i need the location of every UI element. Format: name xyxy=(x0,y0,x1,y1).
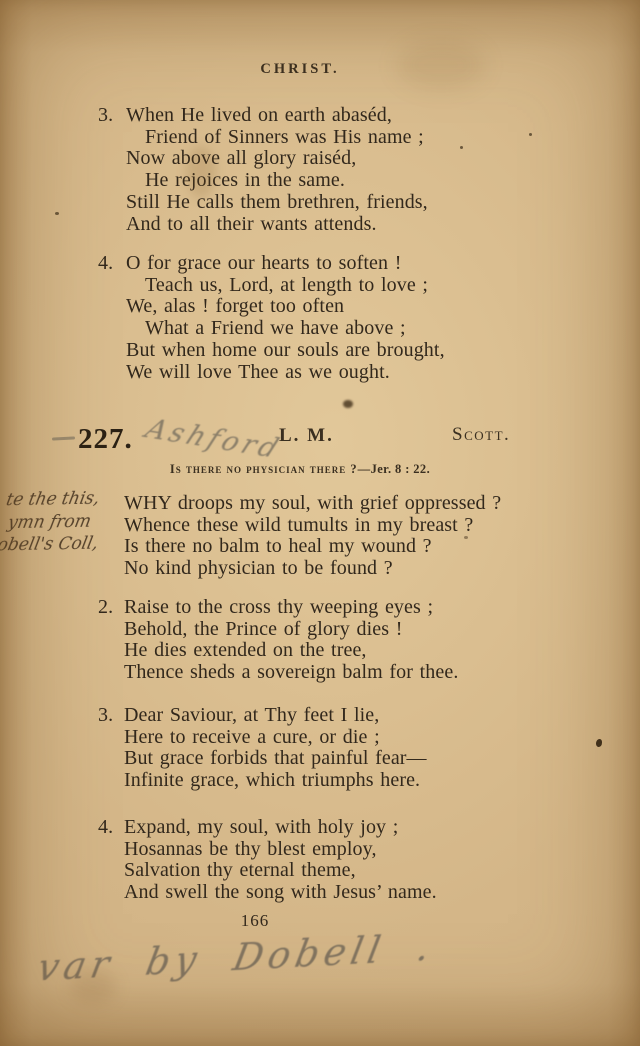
stanza-number: 3. xyxy=(98,705,113,727)
hymn-author-label: Scott. xyxy=(452,424,510,446)
verse-line: What a Friend we have above ; xyxy=(126,318,445,340)
stanza-prev-4: 4. O for grace our hearts to soften ! Te… xyxy=(98,253,445,383)
verse-line: Here to receive a cure, or die ; xyxy=(124,727,427,749)
stanza-lines: When He lived on earth abaséd, Friend of… xyxy=(126,105,428,235)
verse-line: When He lived on earth abaséd, xyxy=(126,105,428,127)
verse-line: O for grace our hearts to soften ! xyxy=(126,253,445,275)
verse-line: Expand, my soul, with holy joy ; xyxy=(124,817,437,839)
verse-line: Now above all glory raiséd, xyxy=(126,148,428,170)
verse-line: No kind physician to be found ? xyxy=(124,558,501,580)
verse-line: Infinite grace, which triumphs here. xyxy=(124,770,427,792)
verse-line: Hosannas be thy blest employ, xyxy=(124,839,437,861)
stanza-227-3: 3. Dear Saviour, at Thy feet I lie, Here… xyxy=(98,705,427,792)
hymn-number: 227. xyxy=(78,423,133,456)
ink-speck xyxy=(55,212,59,215)
verse-line: Behold, the Prince of glory dies ! xyxy=(124,619,458,641)
scripture-quote: Is there no physician there ? xyxy=(170,462,358,476)
verse-line: Is there no balm to heal my wound ? xyxy=(124,536,501,558)
verse-line: He rejoices in the same. xyxy=(126,170,428,192)
verse-line: WHY droops my soul, with grief oppressed… xyxy=(124,493,501,515)
verse-line: Raise to the cross thy weeping eyes ; xyxy=(124,597,458,619)
verse-line: But grace forbids that painful fear— xyxy=(124,748,427,770)
handwritten-tune-name: Ashford xyxy=(141,414,287,465)
paper-stain xyxy=(343,400,353,408)
verse-line: Salvation thy eternal theme, xyxy=(124,860,437,882)
verse-line: Still He calls them brethren, friends, xyxy=(126,192,428,214)
verse-line: Dear Saviour, at Thy feet I lie, xyxy=(124,705,427,727)
stanza-number: 4. xyxy=(98,253,113,275)
verse-line: And swell the song with Jesus’ name. xyxy=(124,882,437,904)
verse-line: And to all their wants attends. xyxy=(126,214,428,236)
stanza-prev-3: 3. When He lived on earth abaséd, Friend… xyxy=(98,105,428,235)
stanza-lines: WHY droops my soul, with grief oppressed… xyxy=(124,493,501,580)
verse-line: We will love Thee as we ought. xyxy=(126,362,445,384)
stanza-number: 3. xyxy=(98,105,113,127)
verse-line: But when home our souls are brought, xyxy=(126,340,445,362)
running-header: CHRIST. xyxy=(0,61,600,78)
verse-line: Teach us, Lord, at length to love ; xyxy=(126,275,445,297)
verse-line: Friend of Sinners was His name ; xyxy=(126,127,428,149)
stanza-lines: Dear Saviour, at Thy feet I lie, Here to… xyxy=(124,705,427,792)
verse-line: Whence these wild tumults in my breast ? xyxy=(124,515,501,537)
verse-line: Thence sheds a sovereign balm for thee. xyxy=(124,662,458,684)
scripture-reference: Is there no physician there ?—Jer. 8 : 2… xyxy=(0,462,600,477)
stanza-227-2: 2. Raise to the cross thy weeping eyes ;… xyxy=(98,597,458,684)
hymn-meter-label: L. M. xyxy=(279,425,334,447)
verse-line: He dies extended on the tree, xyxy=(124,640,458,662)
stanza-number: 4. xyxy=(98,817,113,839)
stanza-lines: Raise to the cross thy weeping eyes ; Be… xyxy=(124,597,458,684)
hymnal-page-scan: CHRIST. 3. When He lived on earth abaséd… xyxy=(0,0,640,1046)
page-number: 166 xyxy=(225,911,285,931)
scripture-citation: —Jer. 8 : 22. xyxy=(358,462,430,476)
stanza-227-4: 4. Expand, my soul, with holy joy ; Hosa… xyxy=(98,817,437,904)
ink-speck xyxy=(460,146,463,149)
stanza-lines: O for grace our hearts to soften ! Teach… xyxy=(126,253,445,383)
handwritten-bottom-note: var by Dobell . xyxy=(34,925,438,989)
pencil-dash-mark xyxy=(52,436,75,440)
stanza-227-1: WHY droops my soul, with grief oppressed… xyxy=(98,493,501,580)
stanza-number: 2. xyxy=(98,597,113,619)
ink-speck xyxy=(596,739,602,747)
stanza-lines: Expand, my soul, with holy joy ; Hosanna… xyxy=(124,817,437,904)
verse-line: We, alas ! forget too often xyxy=(126,296,445,318)
ink-speck xyxy=(529,133,532,136)
